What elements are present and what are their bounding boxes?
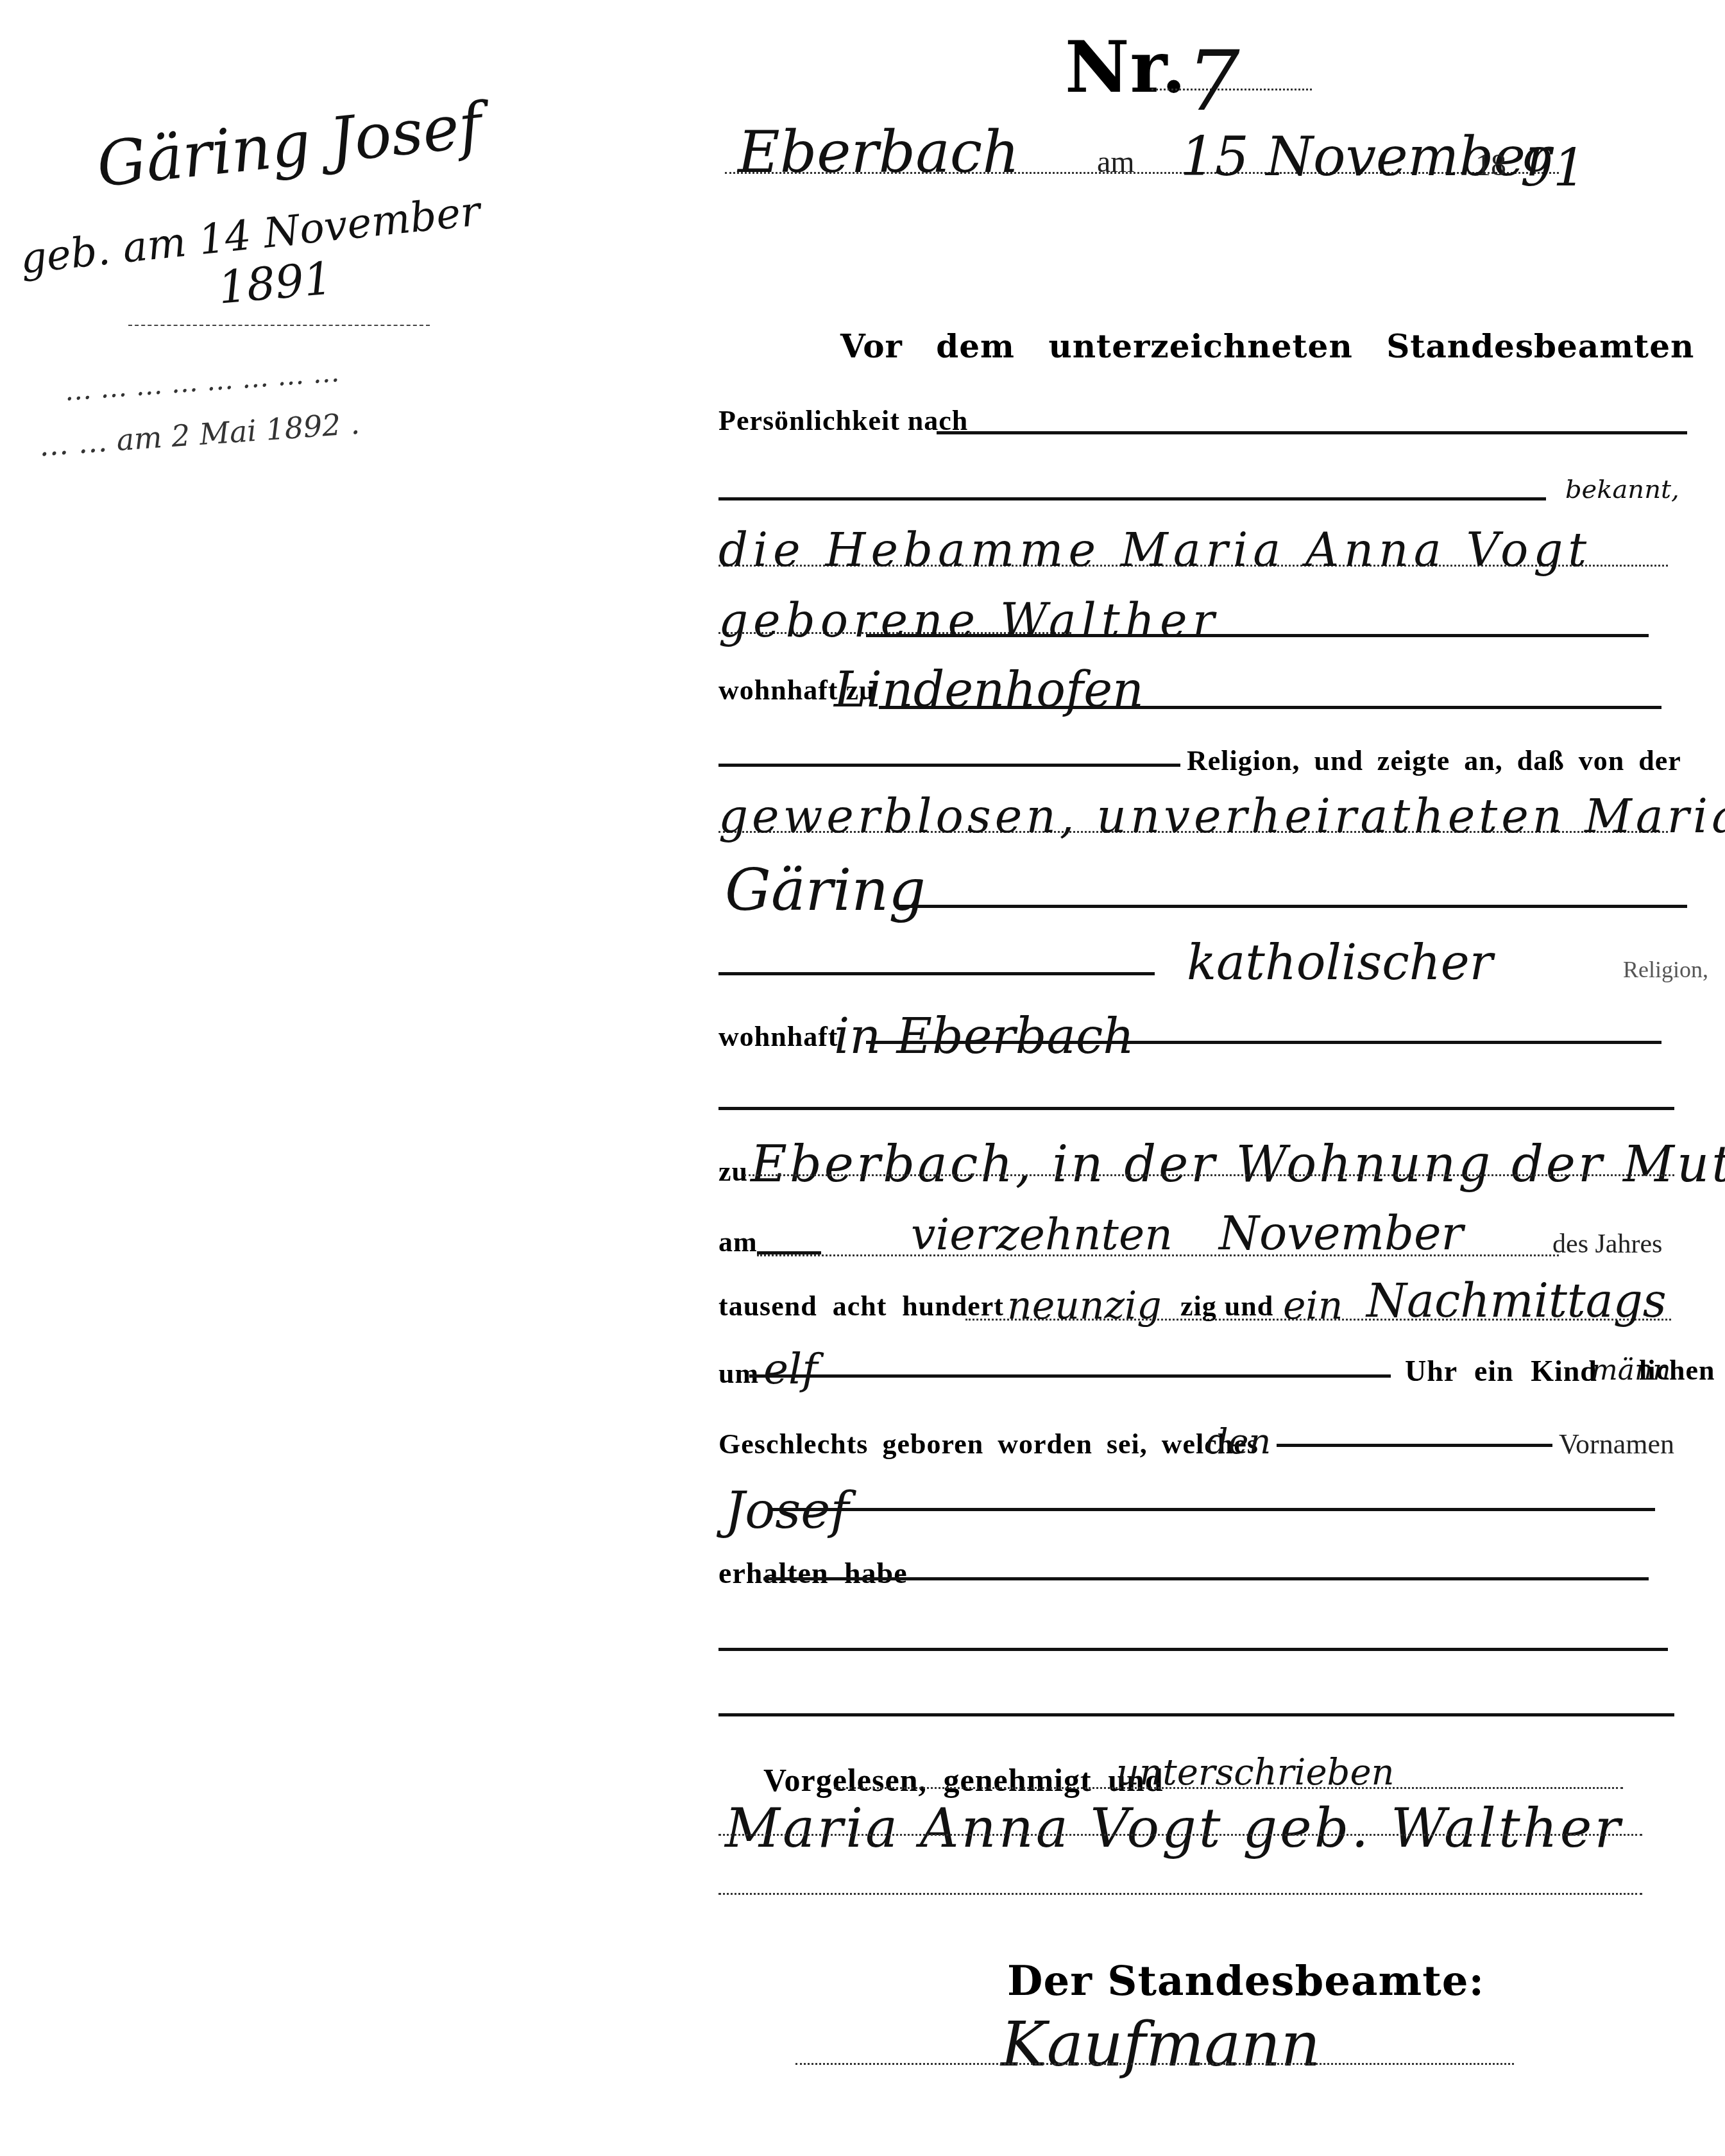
- am-label-2: am: [718, 1226, 758, 1258]
- zig-und-label: zig und: [1180, 1290, 1273, 1322]
- signature-line-1: [718, 1834, 1642, 1836]
- vorgelesen-line: [834, 1787, 1623, 1789]
- year-suffix: 91: [1520, 138, 1586, 198]
- margin-note-name: Gäring Josef: [94, 89, 486, 201]
- birth-place-line: [744, 1174, 1674, 1176]
- persoenlichkeit-line: [937, 431, 1687, 434]
- wohnhaft-label: wohnhaft: [718, 1020, 838, 1053]
- mother-description: gewerblosen, unverheiratheten Maria: [718, 789, 1725, 843]
- registration-place: Eberbach: [738, 119, 1019, 186]
- birth-place: Eberbach, in der Wohnung der Mutter: [751, 1136, 1725, 1193]
- vorgelesen-label: Vorgelesen, genehmigt und: [763, 1761, 1164, 1799]
- residence-line: [879, 706, 1661, 709]
- mother-religion: katholischer: [1187, 934, 1493, 991]
- religion-label-2: Religion,: [1623, 956, 1708, 983]
- registrar-signature-line: [795, 2063, 1514, 2065]
- child-sex-suffix: lichen: [1639, 1354, 1715, 1387]
- year-prefix: 18: [1475, 148, 1506, 183]
- bekannt-label: bekannt,: [1565, 475, 1679, 504]
- tausend-label: tausend acht hundert: [718, 1290, 1004, 1322]
- birth-hour: elf: [763, 1344, 818, 1394]
- record-number-label: Nr.: [1065, 26, 1187, 108]
- den-line: [1277, 1444, 1552, 1447]
- mother-surname-line: [898, 905, 1687, 908]
- informant-name-1: die Hebamme Maria Anna Vogt: [718, 523, 1592, 577]
- vornamen-label: Vornamen: [1559, 1428, 1674, 1460]
- signature-line-2: [718, 1893, 1642, 1895]
- record-number-value: 7: [1187, 32, 1240, 130]
- persoenlichkeit-label: Persönlichkeit nach: [718, 404, 968, 437]
- zu-label: zu: [718, 1155, 748, 1188]
- time-of-day: Nachmittags: [1366, 1274, 1667, 1328]
- am-label: am: [1097, 144, 1135, 180]
- mother-residence: in Eberbach: [834, 1007, 1134, 1065]
- informant-residence: Lindenhofen: [834, 661, 1144, 718]
- child-name-line: [770, 1508, 1655, 1511]
- year-decade: neunzig: [1007, 1283, 1162, 1328]
- year-unit: ein: [1283, 1283, 1343, 1328]
- geschlechts-label: Geschlechts geboren worden sei, welches: [718, 1428, 1259, 1460]
- child-first-name: Josef: [725, 1482, 849, 1540]
- registrar-signature: Kaufmann: [1001, 2008, 1320, 2080]
- erhalten-line: [763, 1577, 1649, 1580]
- blank-line-2: [718, 1648, 1668, 1651]
- uhr-kind-label: Uhr ein Kind: [1405, 1354, 1597, 1388]
- form-intro: Vor dem unterzeichneten Standesbeamten e…: [840, 327, 1725, 365]
- birth-month: November: [1219, 1206, 1463, 1260]
- margin-annotation-1: … … … … … … … …: [64, 356, 341, 407]
- informant-signature: Maria Anna Vogt geb. Walther: [725, 1797, 1623, 1860]
- den-label: den: [1206, 1421, 1271, 1462]
- registrar-label: Der Standesbeamte:: [1007, 1957, 1484, 2005]
- margin-annotation-2: … … am 2 Mai 1892 .: [38, 406, 361, 463]
- birth-day: vierzehnten: [911, 1210, 1173, 1260]
- informant-name-2: geborene Walther: [718, 594, 1219, 647]
- blank-line-3: [718, 1713, 1674, 1716]
- mother-surname: Gäring: [725, 857, 926, 924]
- bekannt-line: [718, 497, 1546, 501]
- mother-religion-line: [718, 972, 1155, 975]
- mother-residence-line: [866, 1041, 1661, 1044]
- religion-label: Religion, und zeigte an, daß von der: [1187, 744, 1681, 777]
- margin-divider: [128, 325, 430, 326]
- blank-line-1: [718, 1107, 1674, 1110]
- religion-line: [718, 764, 1180, 767]
- erhalten-label: erhalten habe: [718, 1556, 908, 1590]
- um-label: um: [718, 1357, 759, 1390]
- margin-note-year: 1891: [216, 252, 335, 314]
- birth-hour-line: [749, 1374, 1391, 1378]
- des-jahres-label: des Jahres: [1552, 1229, 1662, 1260]
